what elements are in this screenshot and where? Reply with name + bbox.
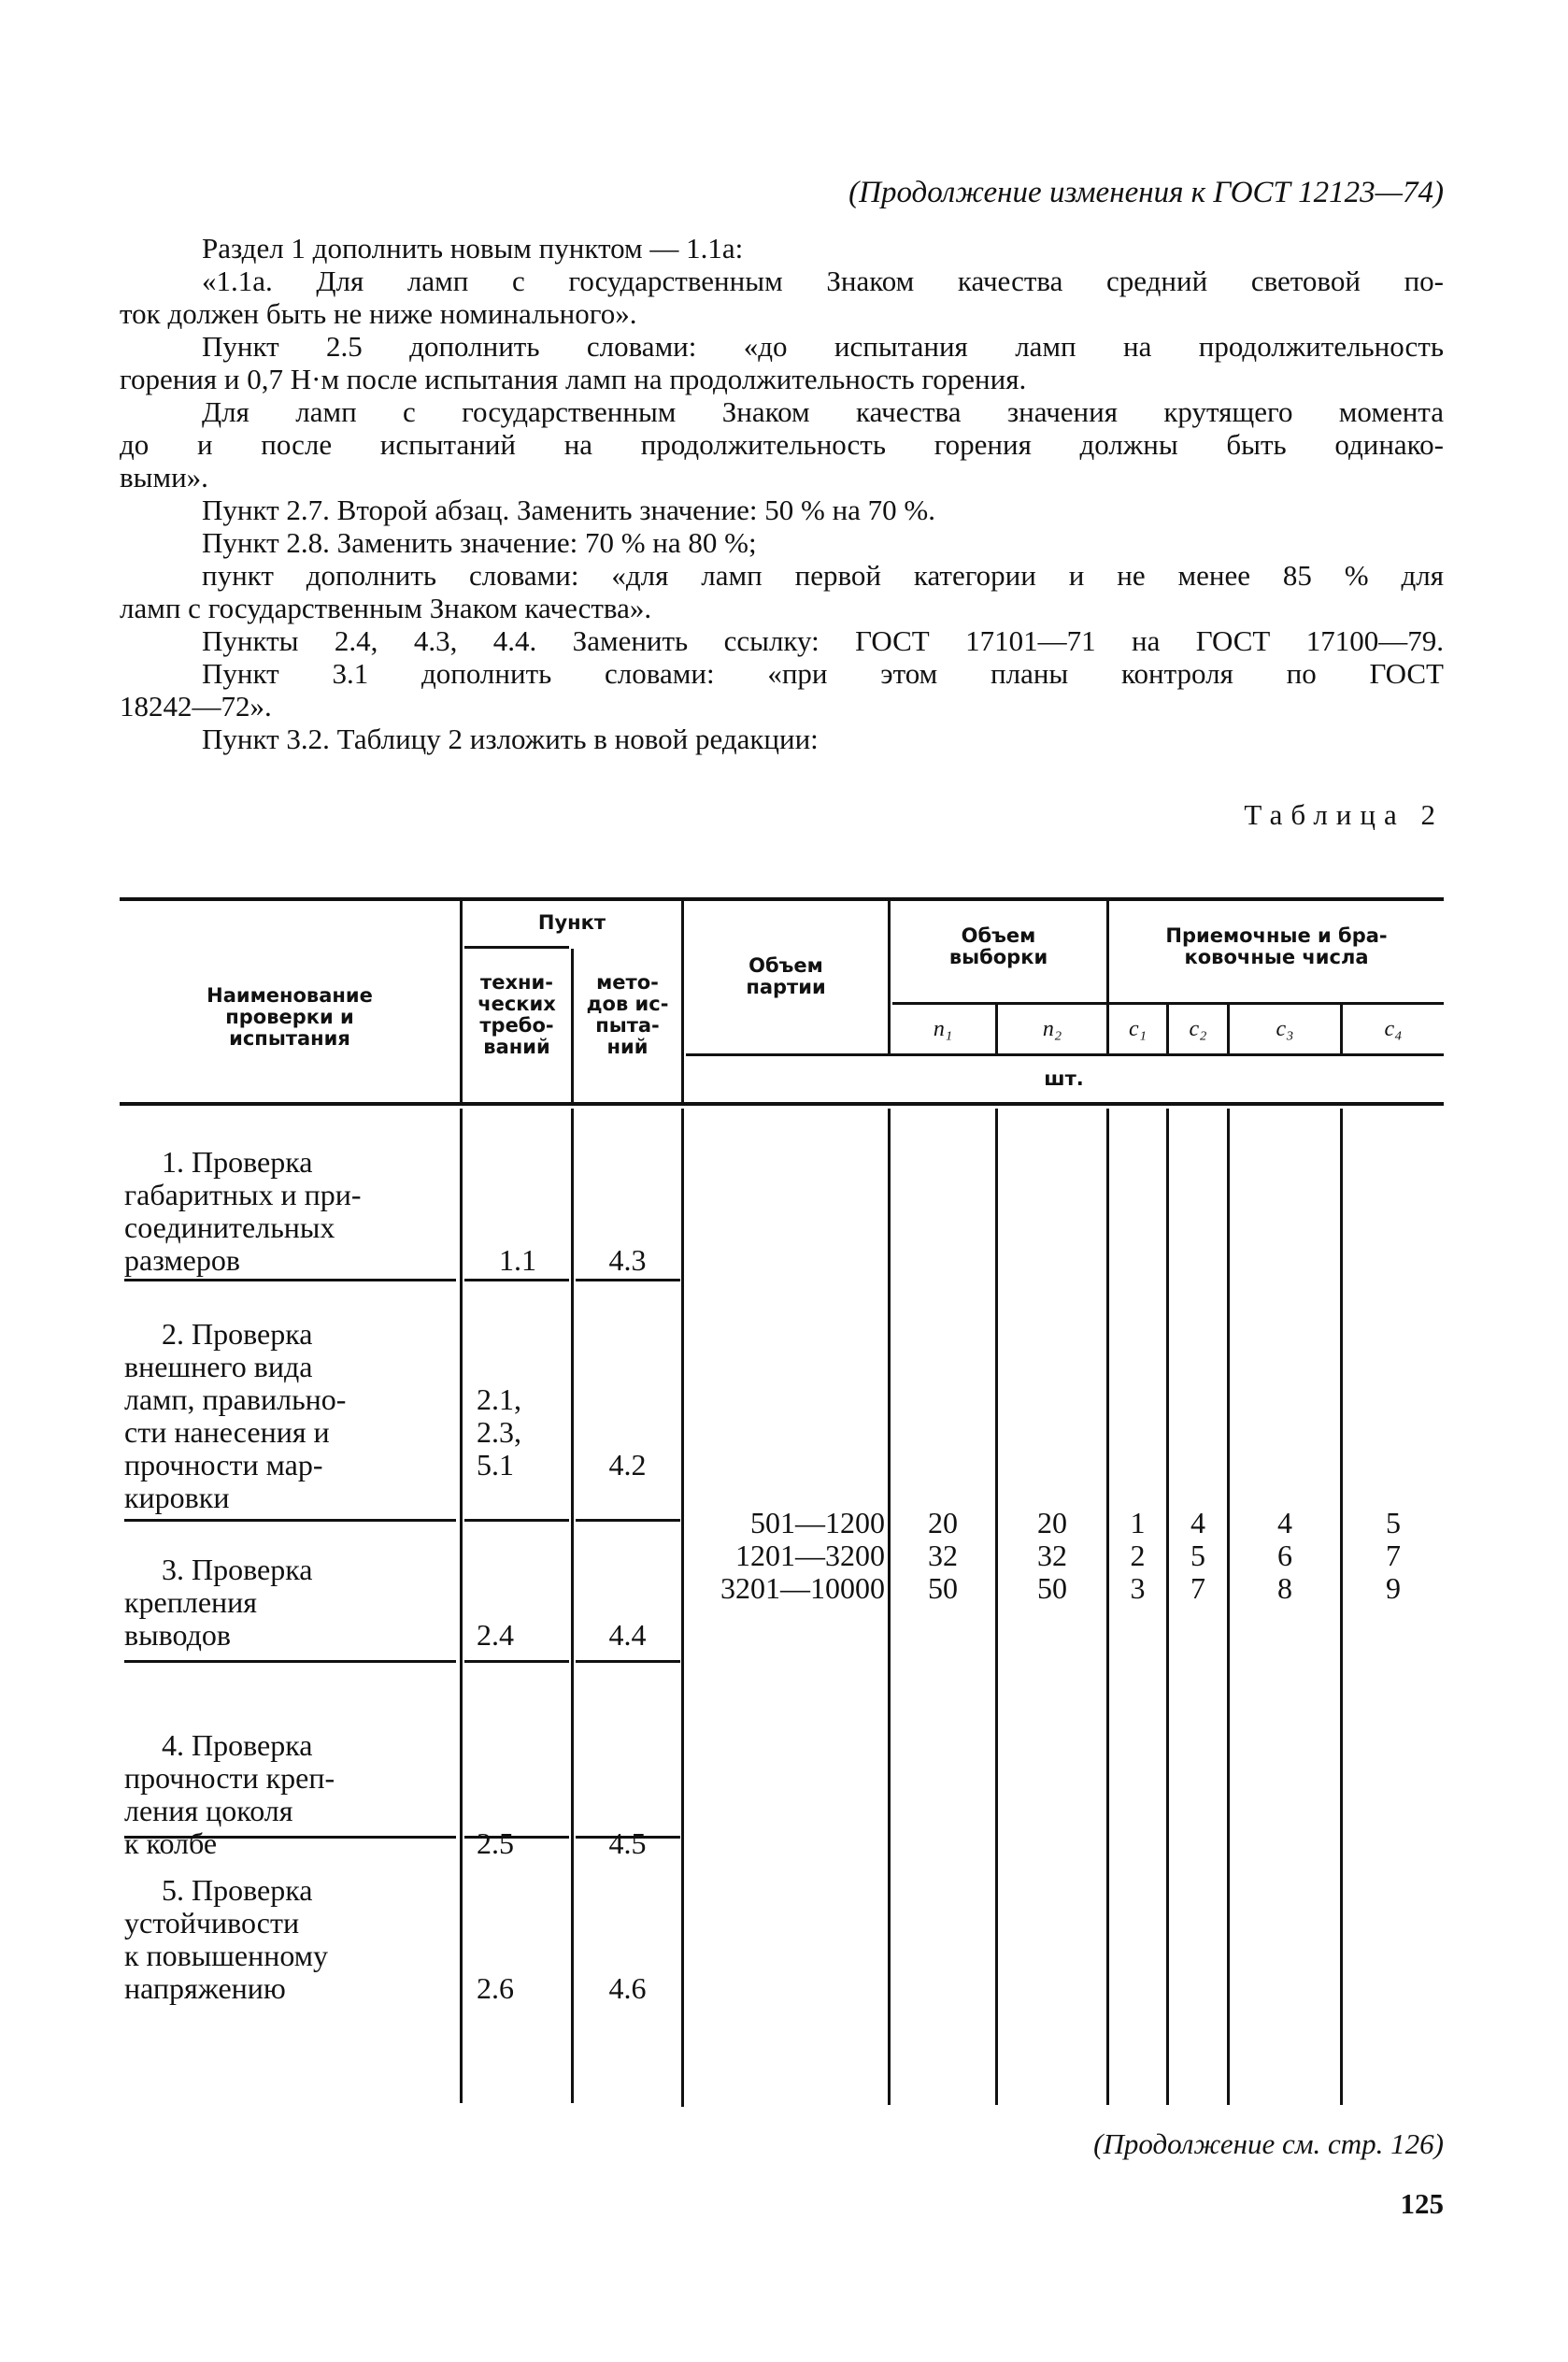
header-bottom-rule <box>120 1102 1444 1106</box>
header-lot: Объемпартии <box>684 955 888 998</box>
row-rule <box>124 1660 456 1663</box>
body-line: пункт дополнить словами: «для ламп перво… <box>120 559 1444 593</box>
row-tech-clause: 2.5 <box>477 1827 570 1860</box>
header-c4: c₄ <box>1343 1019 1444 1040</box>
body-line: Пункт 2.7. Второй абзац. Заменить значен… <box>120 494 1444 527</box>
table-top-rule <box>120 897 1444 901</box>
row-rule <box>576 1519 680 1522</box>
row-rule <box>576 1660 680 1663</box>
body-line: 18242—72». <box>120 690 1444 723</box>
row-check-name: 5. Проверкаустойчивостик повышенномунапр… <box>124 1874 456 2005</box>
body-line: горения и 0,7 Н·м после испытания ламп н… <box>120 363 1444 396</box>
body-line: до и после испытаний на продолжительност… <box>120 428 1444 462</box>
body-line: Пункт 3.2. Таблицу 2 изложить в новой ре… <box>120 723 1444 756</box>
row-tech-clause: 2.1,2.3,5.1 <box>477 1383 570 1482</box>
row-rule <box>124 1519 456 1522</box>
row-tech-clause: 2.4 <box>477 1619 570 1652</box>
body-line: Пункт 3.1 дополнить словами: «при этом п… <box>120 657 1444 691</box>
body-col-rule <box>460 1109 463 2103</box>
body-line: Пункт 2.8. Заменить значение: 70 % на 80… <box>120 526 1444 560</box>
body-line: ламп с государственным Знаком качества». <box>120 592 1444 625</box>
plan-col-n1: 203250 <box>891 1507 995 1605</box>
running-head: (Продолжение изменения к ГОСТ 12123—74) <box>120 176 1444 209</box>
plan-col-c2: 457 <box>1169 1507 1227 1605</box>
body-line: Пункты 2.4, 4.3, 4.4. Заменить ссылку: Г… <box>120 624 1444 658</box>
row-tech-clause: 2.6 <box>477 1972 570 2005</box>
row-method-clause: 4.4 <box>574 1619 681 1652</box>
plan-col-c3: 468 <box>1230 1507 1340 1605</box>
header-units: шт. <box>684 1068 1444 1090</box>
body-col-rule <box>681 1109 684 2107</box>
body-col-rule <box>1340 1109 1343 2105</box>
body-line: выми». <box>120 461 1444 494</box>
body-line: ток должен быть не ниже номинального». <box>120 297 1444 331</box>
body-line: «1.1а. Для ламп с государственным Знаком… <box>120 265 1444 298</box>
header-name: Наименованиепроверки ииспытания <box>120 985 460 1050</box>
body-line: Раздел 1 дополнить новым пунктом — 1.1а: <box>120 232 1444 265</box>
body-col-rule <box>1227 1109 1230 2105</box>
row-method-clause: 4.6 <box>574 1972 681 2005</box>
row-check-name: 4. Проверкапрочности креп-ления цоколяк … <box>124 1729 456 1860</box>
header-method: мето-дов ис-пыта-ний <box>574 972 681 1058</box>
plan-col-c1: 123 <box>1109 1507 1166 1605</box>
header-n1: n₁ <box>891 1019 995 1040</box>
table-caption: Таблица 2 <box>1244 798 1444 832</box>
plan-col-lot: 501—12001201—32003201—10000 <box>685 1507 885 1605</box>
row-check-name: 3. Проверкакреплениявыводов <box>124 1553 456 1652</box>
plan-col-c4: 579 <box>1343 1507 1444 1605</box>
header-c3: c₃ <box>1230 1019 1340 1040</box>
body-col-rule <box>1166 1109 1169 2105</box>
row-check-name: 1. Проверкагабаритных и при-соединительн… <box>124 1146 456 1277</box>
body-col-rule <box>888 1109 891 2105</box>
page-number: 125 <box>1401 2187 1445 2221</box>
header-sample: Объемвыборки <box>891 925 1106 968</box>
continuation-note: (Продолжение см. стр. 126) <box>1093 2127 1444 2161</box>
body-line: Пункт 2.5 дополнить словами: «до испытан… <box>120 330 1444 364</box>
row-rule <box>464 1519 569 1522</box>
row-method-clause: 4.2 <box>574 1449 681 1482</box>
units-rule <box>686 1053 1444 1056</box>
row-rule <box>576 1279 680 1281</box>
header-tech: техни-ческихтребо-ваний <box>463 972 571 1058</box>
row-rule <box>464 1660 569 1663</box>
row-rule <box>464 1279 569 1281</box>
punkt-subrule <box>464 946 569 949</box>
body-col-rule <box>995 1109 998 2105</box>
row-method-clause: 4.5 <box>574 1827 681 1860</box>
row-method-clause: 4.3 <box>574 1244 681 1277</box>
header-n2: n₂ <box>998 1019 1106 1040</box>
plan-col-n2: 203250 <box>998 1507 1106 1605</box>
row-check-name: 2. Проверкавнешнего видаламп, правильно-… <box>124 1318 456 1514</box>
accept-subrule <box>1112 1002 1444 1005</box>
header-accept: Приемочные и бра-ковочные числа <box>1109 925 1444 968</box>
row-rule <box>124 1279 456 1281</box>
header-punkt: Пункт <box>463 912 681 934</box>
header-c2: c₂ <box>1169 1019 1227 1040</box>
body-line: Для ламп с государственным Знаком качест… <box>120 395 1444 429</box>
header-c1: c₁ <box>1109 1019 1166 1040</box>
body-col-rule <box>1106 1109 1109 2105</box>
